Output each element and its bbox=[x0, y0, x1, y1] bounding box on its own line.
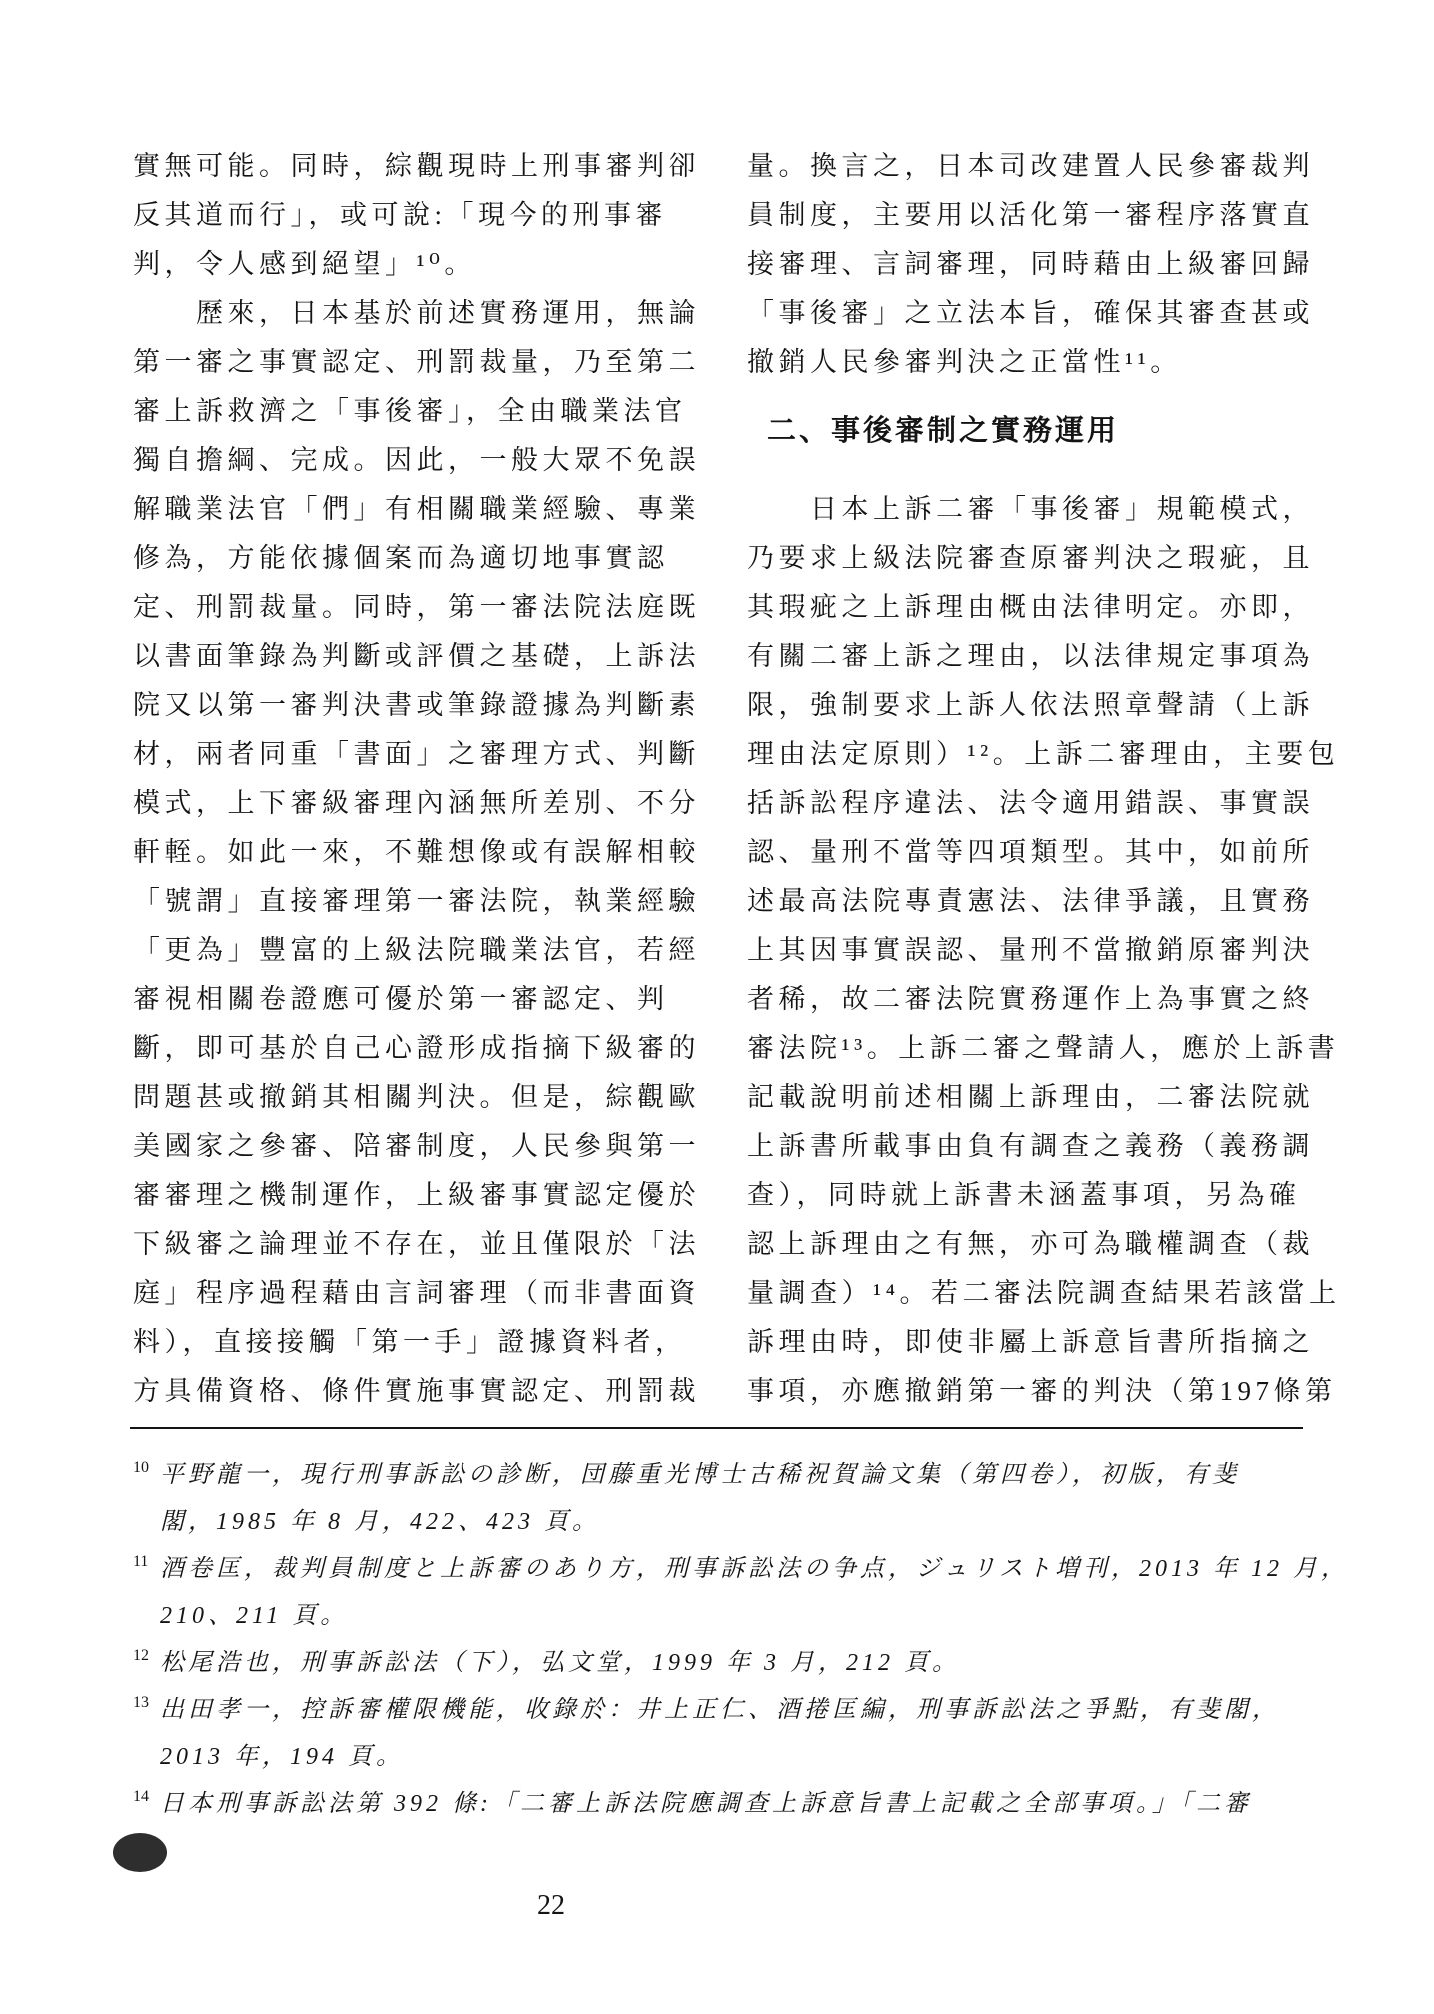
left-column: 實無可能。同時，綜觀現時上刑事審判卻反其道而行」，或可說:「現今的刑事審判，令人… bbox=[133, 142, 718, 1416]
text-line: 以書面筆錄為判斷或評價之基礎，上訴法 bbox=[133, 632, 718, 681]
text-line: 美國家之參審、陪審制度，人民參與第一 bbox=[133, 1122, 718, 1171]
text-line: 量調查）¹⁴。若二審法院調查結果若該當上 bbox=[747, 1269, 1339, 1318]
footnote-11: 11 酒卷匡，裁判員制度と上訴審のあり方，刑事訴訟法の争点，ジュリスト増刊，20… bbox=[133, 1546, 1323, 1640]
footnote-line: 閣，1985 年 8 月，422、423 頁。 bbox=[160, 1499, 1323, 1546]
text-line: 認上訴理由之有無，亦可為職權調查（裁 bbox=[747, 1220, 1339, 1269]
text-line: 院又以第一審判決書或筆錄證據為判斷素 bbox=[133, 681, 718, 730]
footnote-text: 松尾浩也，刑事訴訟法（下），弘文堂，1999 年 3 月，212 頁。 bbox=[160, 1640, 1323, 1687]
footnote-text: 出田孝一，控訴審權限機能，收錄於：井上正仁、酒捲匡編，刑事訴訟法之爭點，有斐閣，… bbox=[160, 1687, 1323, 1781]
text-line: 述最高法院專責憲法、法律爭議，且實務 bbox=[747, 877, 1339, 926]
footnote-line: 出田孝一，控訴審權限機能，收錄於：井上正仁、酒捲匡編，刑事訴訟法之爭點，有斐閣， bbox=[160, 1687, 1323, 1734]
footnote-number: 10 bbox=[133, 1459, 149, 1477]
right-column: 量。換言之，日本司改建置人民參審裁判員制度，主要用以活化第一審程序落實直接審理、… bbox=[747, 142, 1339, 1416]
right-column-bottom: 日本上訴二審「事後審」規範模式，乃要求上級法院審查原審判決之瑕疵，且其瑕疵之上訴… bbox=[747, 485, 1339, 1416]
right-column-top: 量。換言之，日本司改建置人民參審裁判員制度，主要用以活化第一審程序落實直接審理、… bbox=[747, 142, 1339, 387]
text-line: 下級審之論理並不存在，並且僅限於「法 bbox=[133, 1220, 718, 1269]
scan-artifact-oval bbox=[113, 1833, 167, 1872]
text-line: 接審理、言詞審理，同時藉由上級審回歸 bbox=[747, 240, 1339, 289]
text-line: 括訴訟程序違法、法令適用錯誤、事實誤 bbox=[747, 779, 1339, 828]
text-line: 查），同時就上訴書未涵蓋事項，另為確 bbox=[747, 1171, 1339, 1220]
text-line: 庭」程序過程藉由言詞審理（而非書面資 bbox=[133, 1269, 718, 1318]
footnote-separator bbox=[130, 1427, 1303, 1429]
text-line: 事項，亦應撤銷第一審的判決（第197條第 bbox=[747, 1367, 1339, 1416]
document-page: 實無可能。同時，綜觀現時上刑事審判卻反其道而行」，或可說:「現今的刑事審判，令人… bbox=[0, 0, 1434, 2014]
text-line: 其瑕疵之上訴理由概由法律明定。亦即， bbox=[747, 583, 1339, 632]
text-line: 解職業法官「們」有相關職業經驗、專業 bbox=[133, 485, 718, 534]
text-line: 「號謂」直接審理第一審法院，執業經驗 bbox=[133, 877, 718, 926]
text-line: 量。換言之，日本司改建置人民參審裁判 bbox=[747, 142, 1339, 191]
text-line: 模式，上下審級審理內涵無所差別、不分 bbox=[133, 779, 718, 828]
text-line: 審上訴救濟之「事後審」，全由職業法官 bbox=[133, 387, 718, 436]
text-line: 獨自擔綱、完成。因此，一般大眾不免誤 bbox=[133, 436, 718, 485]
page-number: 22 bbox=[521, 1889, 581, 1923]
text-line: 員制度，主要用以活化第一審程序落實直 bbox=[747, 191, 1339, 240]
footnote-line: 平野龍一，現行刑事訴訟の診断，団藤重光博士古稀祝賀論文集（第四卷），初版，有斐 bbox=[160, 1452, 1323, 1499]
footnote-text: 日本刑事訴訟法第 392 條:「二審上訴法院應調查上訴意旨書上記載之全部事項。」… bbox=[160, 1781, 1323, 1828]
footnote-line: 松尾浩也，刑事訴訟法（下），弘文堂，1999 年 3 月，212 頁。 bbox=[160, 1640, 1323, 1687]
footnote-10: 10 平野龍一，現行刑事訴訟の診断，団藤重光博士古稀祝賀論文集（第四卷），初版，… bbox=[133, 1452, 1323, 1546]
text-line: 第一審之事實認定、刑罰裁量，乃至第二 bbox=[133, 338, 718, 387]
footnote-number: 14 bbox=[133, 1788, 149, 1806]
text-line: 訴理由時，即使非屬上訴意旨書所指摘之 bbox=[747, 1318, 1339, 1367]
footnote-text: 平野龍一，現行刑事訴訟の診断，団藤重光博士古稀祝賀論文集（第四卷），初版，有斐閣… bbox=[160, 1452, 1323, 1546]
text-line: 料），直接接觸「第一手」證據資料者， bbox=[133, 1318, 718, 1367]
text-line: 問題甚或撤銷其相關判決。但是，綜觀歐 bbox=[133, 1073, 718, 1122]
footnote-number: 11 bbox=[133, 1553, 148, 1571]
text-line: 反其道而行」，或可說:「現今的刑事審 bbox=[133, 191, 718, 240]
text-line: 上訴書所載事由負有調查之義務（義務調 bbox=[747, 1122, 1339, 1171]
text-line: 記載說明前述相關上訴理由，二審法院就 bbox=[747, 1073, 1339, 1122]
footnote-text: 酒卷匡，裁判員制度と上訴審のあり方，刑事訴訟法の争点，ジュリスト増刊，2013 … bbox=[160, 1546, 1323, 1640]
footnote-line: 210、211 頁。 bbox=[160, 1593, 1323, 1640]
text-line: 材，兩者同重「書面」之審理方式、判斷 bbox=[133, 730, 718, 779]
text-line: 限，強制要求上訴人依法照章聲請（上訴 bbox=[747, 681, 1339, 730]
text-line: 「更為」豐富的上級法院職業法官，若經 bbox=[133, 926, 718, 975]
footnote-line: 酒卷匡，裁判員制度と上訴審のあり方，刑事訴訟法の争点，ジュリスト増刊，2013 … bbox=[160, 1546, 1323, 1593]
text-line: 撤銷人民參審判決之正當性¹¹。 bbox=[747, 338, 1339, 387]
text-line: 者稀，故二審法院實務運作上為事實之終 bbox=[747, 975, 1339, 1024]
footnote-number: 13 bbox=[133, 1694, 149, 1712]
text-line: 審審理之機制運作，上級審事實認定優於 bbox=[133, 1171, 718, 1220]
text-line: 上其因事實誤認、量刑不當撤銷原審判決 bbox=[747, 926, 1339, 975]
text-line: 斷，即可基於自己心證形成指摘下級審的 bbox=[133, 1024, 718, 1073]
footnote-14: 14 日本刑事訴訟法第 392 條:「二審上訴法院應調查上訴意旨書上記載之全部事… bbox=[133, 1781, 1323, 1828]
text-line: 理由法定原則）¹²。上訴二審理由，主要包 bbox=[747, 730, 1339, 779]
text-line: 修為，方能依據個案而為適切地事實認 bbox=[133, 534, 718, 583]
footnote-number: 12 bbox=[133, 1647, 149, 1665]
footnotes-section: 10 平野龍一，現行刑事訴訟の診断，団藤重光博士古稀祝賀論文集（第四卷），初版，… bbox=[133, 1452, 1323, 1828]
text-line: 乃要求上級法院審查原審判決之瑕疵，且 bbox=[747, 534, 1339, 583]
footnote-line: 2013 年，194 頁。 bbox=[160, 1734, 1323, 1781]
text-line: 軒輊。如此一來，不難想像或有誤解相較 bbox=[133, 828, 718, 877]
text-line: 審法院¹³。上訴二審之聲請人，應於上訴書 bbox=[747, 1024, 1339, 1073]
text-line: 認、量刑不當等四項類型。其中，如前所 bbox=[747, 828, 1339, 877]
text-line: 日本上訴二審「事後審」規範模式， bbox=[747, 485, 1339, 534]
footnote-12: 12 松尾浩也，刑事訴訟法（下），弘文堂，1999 年 3 月，212 頁。 bbox=[133, 1640, 1323, 1687]
text-line: 有關二審上訴之理由，以法律規定事項為 bbox=[747, 632, 1339, 681]
footnote-13: 13 出田孝一，控訴審權限機能，收錄於：井上正仁、酒捲匡編，刑事訴訟法之爭點，有… bbox=[133, 1687, 1323, 1781]
text-line: 「事後審」之立法本旨，確保其審查甚或 bbox=[747, 289, 1339, 338]
section-heading: 二、事後審制之實務運用 bbox=[747, 407, 1339, 456]
text-line: 判，令人感到絕望」¹⁰。 bbox=[133, 240, 718, 289]
text-line: 審視相關卷證應可優於第一審認定、判 bbox=[133, 975, 718, 1024]
text-line: 歷來，日本基於前述實務運用，無論 bbox=[133, 289, 718, 338]
text-line: 方具備資格、條件實施事實認定、刑罰裁 bbox=[133, 1367, 718, 1416]
footnote-line: 日本刑事訴訟法第 392 條:「二審上訴法院應調查上訴意旨書上記載之全部事項。」… bbox=[160, 1781, 1323, 1828]
text-line: 實無可能。同時，綜觀現時上刑事審判卻 bbox=[133, 142, 718, 191]
text-line: 定、刑罰裁量。同時，第一審法院法庭既 bbox=[133, 583, 718, 632]
